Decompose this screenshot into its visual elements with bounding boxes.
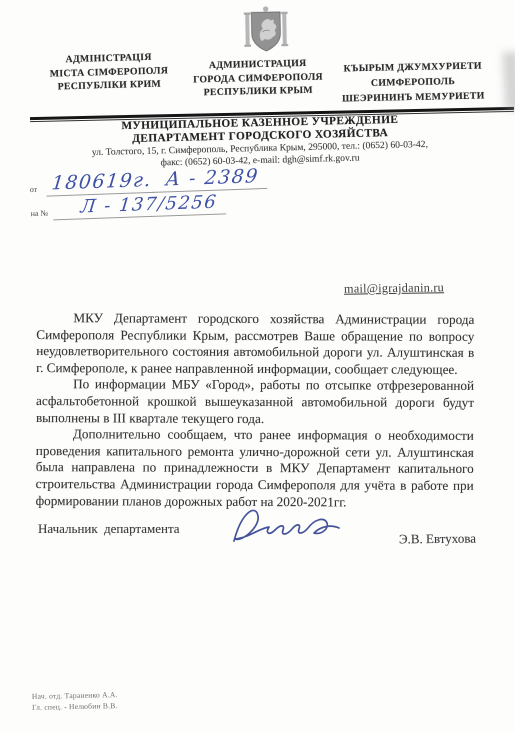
executors-block: Нач. отд. Тараненко А.А. Гл. спец. - Нел… bbox=[32, 690, 118, 713]
org-name-ukrainian: АДМІНІСТРАЦІЯ МІСТА СІМФЕРОПОЛЯ РЕСПУБЛІ… bbox=[32, 50, 185, 95]
signer-name: Э.В. Евтухова bbox=[399, 531, 476, 548]
from-label: от bbox=[30, 185, 48, 198]
letter-body: МКУ Департамент городского хозяйства Адм… bbox=[36, 310, 475, 511]
org-line: ШЕЭРИНИНЪ МЕМУРИЕТИ bbox=[329, 88, 497, 107]
signature-scribble bbox=[222, 495, 350, 557]
org-name-crimean-tatar: КЪЫРЫМ ДЖУМХУРИЕТИ СИМФЕРОПОЛЬ ШЕЭРИНИНЪ… bbox=[329, 58, 498, 107]
signer-position: Начальник департамента bbox=[38, 521, 180, 537]
body-paragraph: МКУ Департамент городского хозяйства Адм… bbox=[36, 310, 474, 378]
scanned-letter-page: АДМІНІСТРАЦІЯ МІСТА СІМФЕРОПОЛЯ РЕСПУБЛІ… bbox=[0, 0, 515, 732]
executor-line: Гл. спец. - Нелюбин В.В. bbox=[32, 701, 118, 714]
incoming-number-handwritten: Л - 137/5256 bbox=[53, 191, 228, 220]
crimea-coat-of-arms-graphic bbox=[239, 5, 294, 56]
handwritten-signature-graphic bbox=[222, 495, 350, 557]
coat-of-arms-icon bbox=[239, 5, 294, 56]
reference-block: от180619г.А - 2389 на №Л - 137/5256 bbox=[29, 166, 270, 222]
outgoing-date-handwritten: 180619г. bbox=[46, 170, 157, 197]
reply-to-label: на № bbox=[30, 208, 54, 221]
org-line: РЕСПУБЛИКИ КРЫМ bbox=[183, 83, 333, 100]
org-name-russian: АДМИНИСТРАЦИЯ ГОРОДА СИМФЕРОПОЛЯ РЕСПУБЛ… bbox=[183, 56, 334, 100]
outgoing-number-handwritten: А - 2389 bbox=[153, 166, 271, 193]
body-paragraph: По информации МБУ «Город», работы по отс… bbox=[36, 376, 474, 428]
scan-smudge-artifact bbox=[502, 52, 515, 111]
recipient-email: mail@igrajdanin.ru bbox=[344, 280, 444, 296]
